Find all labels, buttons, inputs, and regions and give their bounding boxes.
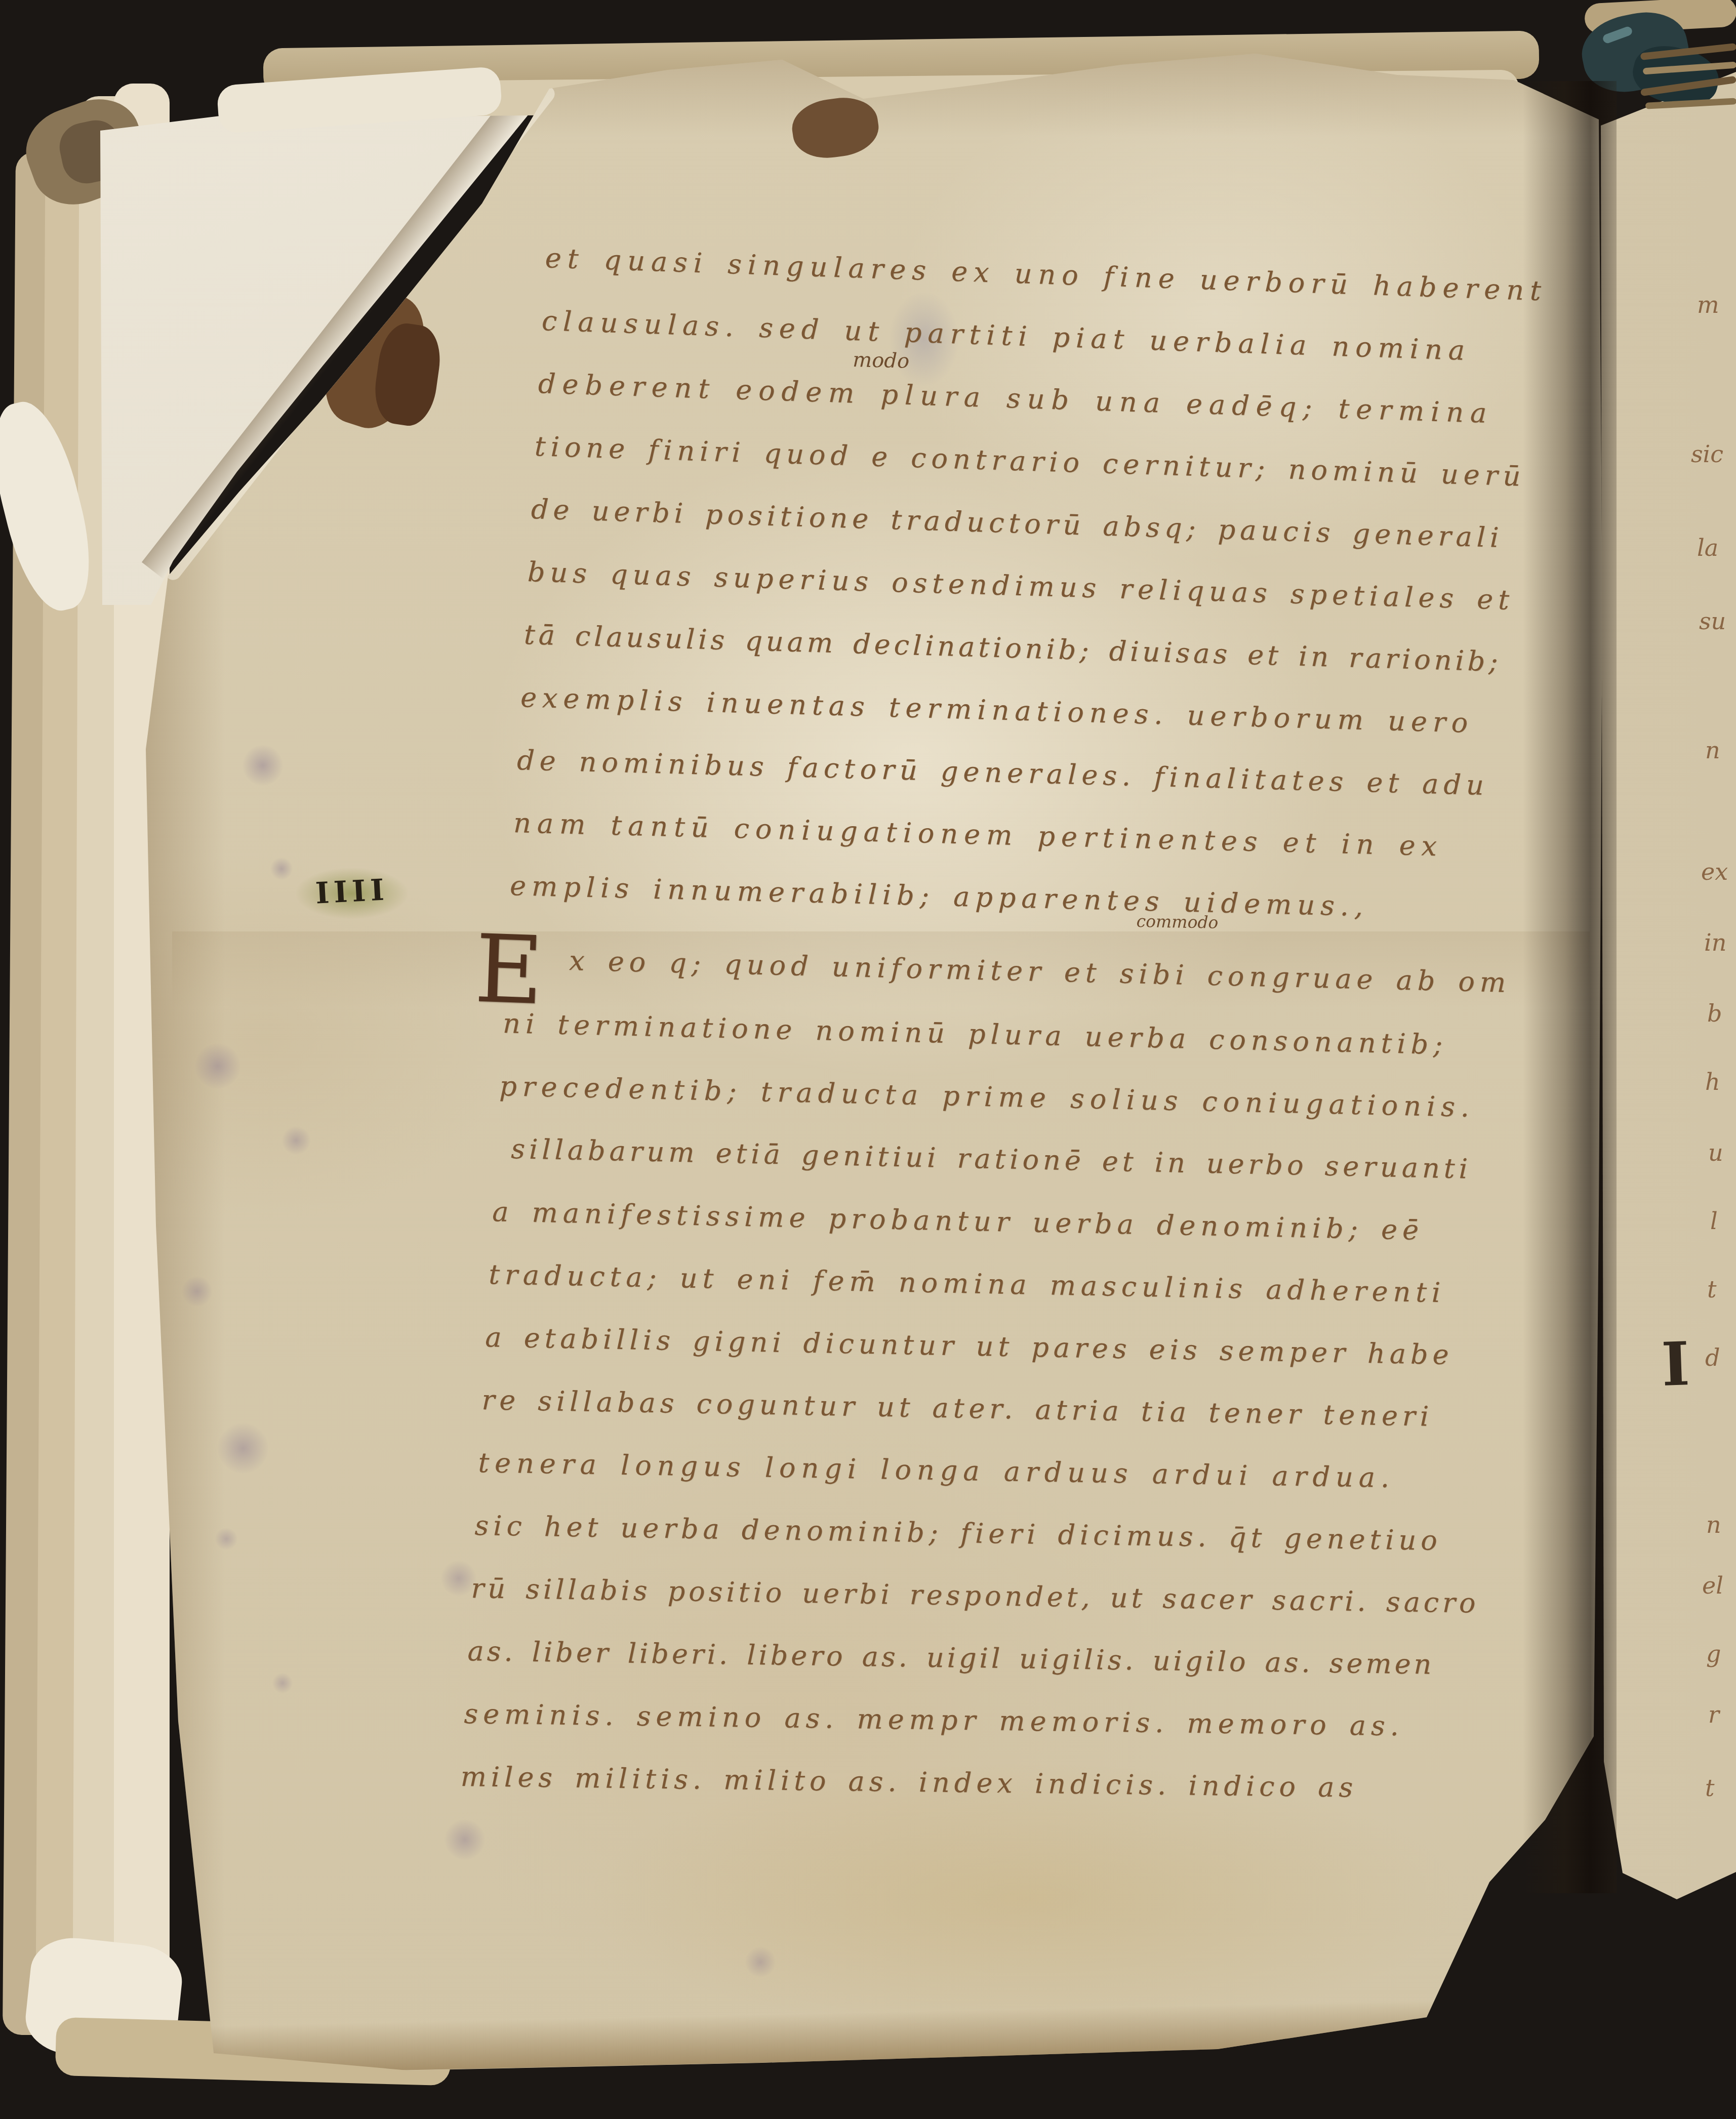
facing-page-line-fragment: la	[1697, 534, 1718, 561]
facing-page-line-fragment: t	[1705, 1774, 1715, 1802]
manuscript-line: tā clausulis quam declinationib; diuisas…	[523, 619, 1502, 678]
facing-page-line-fragment: t	[1707, 1276, 1717, 1303]
stain-spot	[182, 1276, 212, 1307]
manuscript-line: deberent eodem plura sub una eadēq; term…	[538, 368, 1493, 429]
manuscript-line: ni terminatione nominū plura uerba conso…	[503, 1007, 1448, 1061]
manuscript-line: et quasi singulares ex uno fine uerborū …	[545, 242, 1548, 307]
initial-letter-E: E	[473, 929, 544, 1011]
stain-spot	[195, 1043, 240, 1089]
facing-page-line-fragment: d	[1705, 1344, 1720, 1371]
facing-page-line-fragment: u	[1708, 1139, 1723, 1166]
manuscript-line: tione finiri quod e contrario cernitur; …	[534, 430, 1526, 493]
facing-page-line-fragment: in	[1704, 929, 1726, 956]
facing-page-line-fragment: sic	[1691, 440, 1723, 468]
manuscript-line: traducta; ut eni fem̄ nomina masculinis …	[489, 1258, 1446, 1309]
manuscript-line: exemplis inuentas terminationes. uerboru…	[520, 681, 1474, 739]
manuscript-line: tenera longus longi longa arduus ardui a…	[478, 1447, 1395, 1494]
manuscript-line: de uerbi positione traductorū absq; pauc…	[531, 493, 1504, 554]
stain-spot	[218, 1423, 268, 1474]
facing-page-line-fragment: h	[1705, 1068, 1720, 1095]
stain-spot	[445, 1819, 485, 1860]
interlinear-gloss-modo: modo	[853, 348, 910, 373]
manuscript-photo: m sic la su n ex in b h u l t d n el g r…	[0, 0, 1736, 2119]
facing-page-line-fragment: ex	[1701, 858, 1728, 885]
manuscript-line: bus quas superius ostendimus reliquas sp…	[527, 556, 1515, 616]
facing-page-line-fragment: el	[1702, 1572, 1723, 1599]
stain-spot	[215, 1528, 237, 1550]
manuscript-line: seminis. semino as. mempr memoris. memor…	[464, 1698, 1404, 1742]
stain-spot	[745, 1947, 776, 1977]
manuscript-line: clausulas. sed ut partiti piat uerbalia …	[541, 305, 1471, 366]
stain-spot	[282, 1126, 310, 1155]
manuscript-line: sic het uerba denominib; fieri dicimus. …	[474, 1510, 1442, 1557]
facing-page-initial-I: I	[1661, 1328, 1691, 1400]
stain-spot	[270, 858, 293, 880]
stain-spot	[243, 745, 283, 786]
manuscript-line: emplis innumerabilib; apparentes uidemus…	[509, 870, 1368, 922]
manuscript-line: a etabillis gigni dicuntur ut pares eis …	[485, 1321, 1454, 1371]
facing-page-line-fragment: g	[1706, 1640, 1721, 1667]
gutter-shadow	[1523, 81, 1617, 1893]
facing-page-line-fragment: b	[1707, 1000, 1722, 1027]
manuscript-line: a manifestissime probantur uerba denomin…	[492, 1196, 1424, 1246]
manuscript-line: sillabarum etiā genitiui rationē et in u…	[511, 1133, 1472, 1185]
margin-numeral-green-wash: IIII	[296, 868, 408, 919]
facing-page-line-fragment: m	[1697, 291, 1719, 318]
facing-page-line-fragment: su	[1699, 607, 1726, 635]
manuscript-line: de nominibus factorū generales. finalita…	[516, 744, 1489, 801]
manuscript-line: nam tantū coniugationem pertinentes et i…	[513, 807, 1443, 862]
stain-spot	[272, 1673, 293, 1693]
facing-page-line-fragment: n	[1705, 737, 1720, 764]
facing-page-line-fragment: r	[1708, 1701, 1719, 1728]
manuscript-line: precedentib; traducta prime solius coniu…	[499, 1070, 1475, 1123]
facing-page-line-fragment: n	[1706, 1511, 1721, 1538]
manuscript-line: rū sillabis positio uerbi respondet, ut …	[471, 1572, 1479, 1619]
manuscript-line: as. liber liberi. libero as. uigil uigil…	[467, 1635, 1435, 1681]
facing-page-line-fragment: l	[1710, 1207, 1718, 1235]
manuscript-line: re sillabas coguntur ut ater. atria tia …	[481, 1384, 1434, 1433]
margin-quire-numeral: IIII	[314, 872, 389, 910]
